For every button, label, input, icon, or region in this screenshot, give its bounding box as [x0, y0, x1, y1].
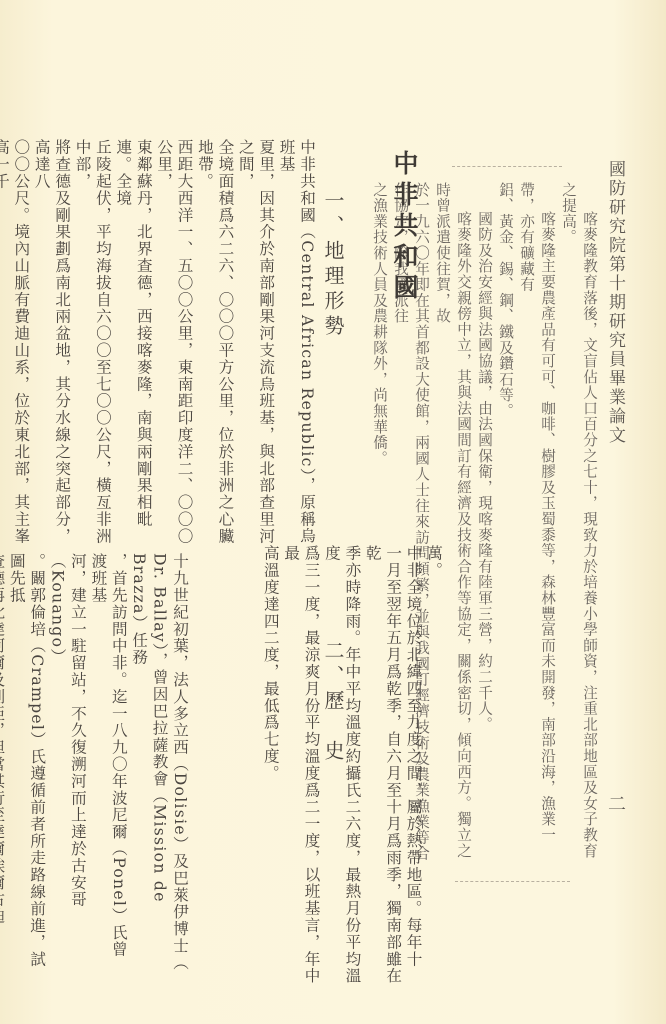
text-line: 國防及治安經與法國協議，由法國保衛，現喀麥隆有陸軍三營，約二千人。 [474, 182, 495, 872]
text-line: 爲三一度，最涼爽月份平均溫度爲二一度，以班基言，年中最 [281, 545, 322, 985]
text-line: 將查德及剛果劃爲南北兩盆地，其分水線之突起部分，高達八 [31, 139, 72, 549]
section-heading-geography: 一、地理形勢 [319, 190, 348, 340]
text-line: 河，建立一駐留站，不久復溯河而上達於古安哥（Kouango） [47, 553, 88, 973]
text-line: 全境面積爲六二六、〇〇〇平方公里，位於非洲之心臟地帶。 [195, 139, 236, 549]
document-page: 國防研究院第十期研究員畢業論文 二 喀麥隆教育落後，文盲佔人口百分之七十，現致力… [0, 0, 666, 1024]
text-line: 喀麥隆主要農產品有可可、咖啡、樹膠及玉蜀黍等，森林豐富而未開發，南部沿海，漁業一… [516, 182, 558, 872]
page-number: 二 [608, 790, 626, 816]
text-line: 查德再北達阿爾及利亞，但當其行至達爾埃爾古迪（Dar El [0, 553, 6, 973]
text-line: 十九世紀初葉，法人多立西（Dolisie）及巴萊伊博士（ [170, 553, 190, 973]
text-line: 中非全境位於北緯四至九度之間，屬於熱帶地區。每年十 [403, 545, 423, 985]
text-line: 高溫度達四二度，最低爲七度。 [260, 545, 280, 985]
running-head: 國防研究院第十期研究員畢業論文 [603, 160, 628, 445]
text-line: 東鄰蘇丹，北界查德，西接喀麥隆，南與兩剛果相毗連。全境 [113, 139, 154, 549]
text-line: 季亦時降雨。年中平均溫度約攝氏二六度，最熱月份平均溫度 [322, 545, 363, 985]
section-heading-history: 二、歷 史 [319, 640, 348, 765]
text-line: 一月至翌年五月爲乾季，自六月至十月爲雨季，獨南部雖在乾 [362, 545, 403, 985]
text-line: 。闞郭倫培（Crampel）氏遵循前者所走路線前進，試圖先抵 [6, 553, 47, 973]
text-line: 丘陵起伏，平均海拔自六〇〇至七〇〇公尺，橫亙非洲中部， [72, 139, 113, 549]
text-line: 喀麥隆教育落後，文盲佔人口百分之七十，現致力於培養小學師資，注重北部地區及女子教… [558, 182, 600, 872]
section-rule-bottom [455, 881, 570, 882]
text-line: 夏里，因其介於南部剛果河支流烏班基，與北部查里河之間， [235, 139, 276, 549]
geography-paragraph-1: 中非共和國（Central African Republic），原稱烏班基 夏里… [0, 139, 317, 549]
text-line: 〇〇公尺。境內山脈有費迪山系，位於東北部，其主峯高一千 [0, 139, 31, 549]
text-line: 萬。 [424, 545, 444, 985]
text-line: Dr. Ballay），曾因巴拉薩教會（Mission de Brazza）任務 [129, 553, 170, 973]
text-line: 鋁、黃金、錫、鋼、鐵及鑽石等。 [495, 182, 516, 872]
text-line: 西距大西洋一、五〇〇公里，東南距印度洋二、〇〇〇公里， [154, 139, 195, 549]
geography-paragraph-2: 萬。 中非全境位於北緯四至九度之間，屬於熱帶地區。每年十 一月至翌年五月爲乾季，… [260, 545, 444, 985]
text-line: 中非共和國（Central African Republic），原稱烏班基 [276, 139, 317, 549]
section-rule-top [452, 166, 562, 167]
text-line: ，首先訪問中非。迄一八九〇年波尼爾（Ponel）氏曾渡班基 [88, 553, 129, 973]
history-paragraph-1: 十九世紀初葉，法人多立西（Dolisie）及巴萊伊博士（ Dr. Ballay）… [0, 553, 190, 973]
chapter-title: 中非共和國 [386, 150, 422, 305]
